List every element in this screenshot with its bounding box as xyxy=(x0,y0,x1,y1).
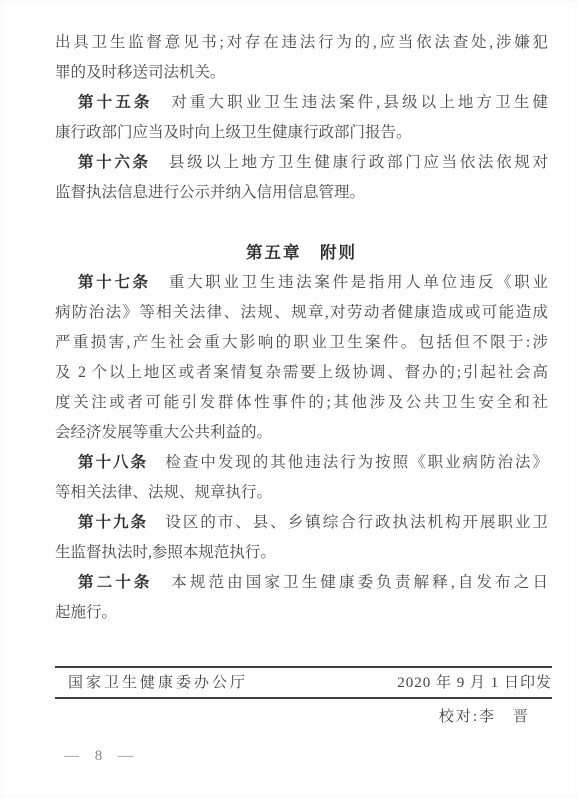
article-number: 第十七条 xyxy=(78,274,151,291)
article-text-line: 第十七条 重大职业卫生违法案件是指用人单位违反《职业 xyxy=(55,268,548,298)
text-line: 罪的及时移送司法机关。 xyxy=(55,58,548,88)
print-date: 2020 年 9 月 1 日印发 xyxy=(397,669,552,697)
article-number: 第十九条 xyxy=(78,514,148,531)
footer-imprint-row: 国家卫生健康委办公厅 2020 年 9 月 1 日印发 xyxy=(55,669,552,697)
article-text-line: 等相关法律、法规、规章执行。 xyxy=(55,478,548,508)
document-page: 出具卫生监督意见书;对存在违法行为的,应当依法查处,涉嫌犯罪的及时移送司法机关。… xyxy=(0,0,577,798)
article-number: 第十五条 xyxy=(78,94,153,111)
article-text-line: 及 2 个以上地区或者案情复杂需要上级协调、督办的;引起社会高 xyxy=(55,358,548,388)
footer-rule-top xyxy=(55,666,552,668)
article-text-line: 第十八条 检查中发现的其他违法行为按照《职业病防治法》 xyxy=(55,448,548,478)
article-text-line: 第十五条 对重大职业卫生违法案件,县级以上地方卫生健 xyxy=(55,88,548,118)
article-text-line: 第二十条 本规范由国家卫生健康委负责解释,自发布之日 xyxy=(55,568,548,598)
document-body: 出具卫生监督意见书;对存在违法行为的,应当依法查处,涉嫌犯罪的及时移送司法机关。… xyxy=(55,28,548,628)
article-text-line: 生监督执法时,参照本规范执行。 xyxy=(55,538,548,568)
issuing-office: 国家卫生健康委办公厅 xyxy=(55,669,248,697)
article-text-line: 第十六条 县级以上地方卫生健康行政部门应当依法依规对 xyxy=(55,148,548,178)
article-number: 第十八条 xyxy=(78,454,148,471)
article-text-line: 监督执法信息进行公示并纳入信用信息管理。 xyxy=(55,178,548,208)
chapter-heading: 第五章 附则 xyxy=(55,238,548,268)
text-line: 出具卫生监督意见书;对存在违法行为的,应当依法查处,涉嫌犯 xyxy=(55,28,548,58)
article-number: 第二十条 xyxy=(78,574,153,591)
article-text-line: 病防治法》等相关法律、法规、规章,对劳动者健康造成或可能造成 xyxy=(55,298,548,328)
article-text-line: 第十九条 设区的市、县、乡镇综合行政执法机构开展职业卫 xyxy=(55,508,548,538)
page-number: — 8 — xyxy=(64,744,139,768)
article-text-line: 起施行。 xyxy=(55,598,548,628)
article-text-line: 会经济发展等重大公共利益的。 xyxy=(55,418,548,448)
article-text-line: 康行政部门应当及时向上级卫生健康行政部门报告。 xyxy=(55,118,548,148)
proofreader-row: 校对:李 晋 xyxy=(55,703,552,731)
article-number: 第十六条 xyxy=(78,154,151,171)
article-text-line: 度关注或者可能引发群体性事件的;其他涉及公共卫生安全和社 xyxy=(55,388,548,418)
footer-rule-bottom xyxy=(55,697,552,699)
blank-line xyxy=(55,208,548,238)
proofreader: 校对:李 晋 xyxy=(439,709,530,725)
article-text-line: 严重损害,产生社会重大影响的职业卫生案件。包括但不限于:涉 xyxy=(55,328,548,358)
